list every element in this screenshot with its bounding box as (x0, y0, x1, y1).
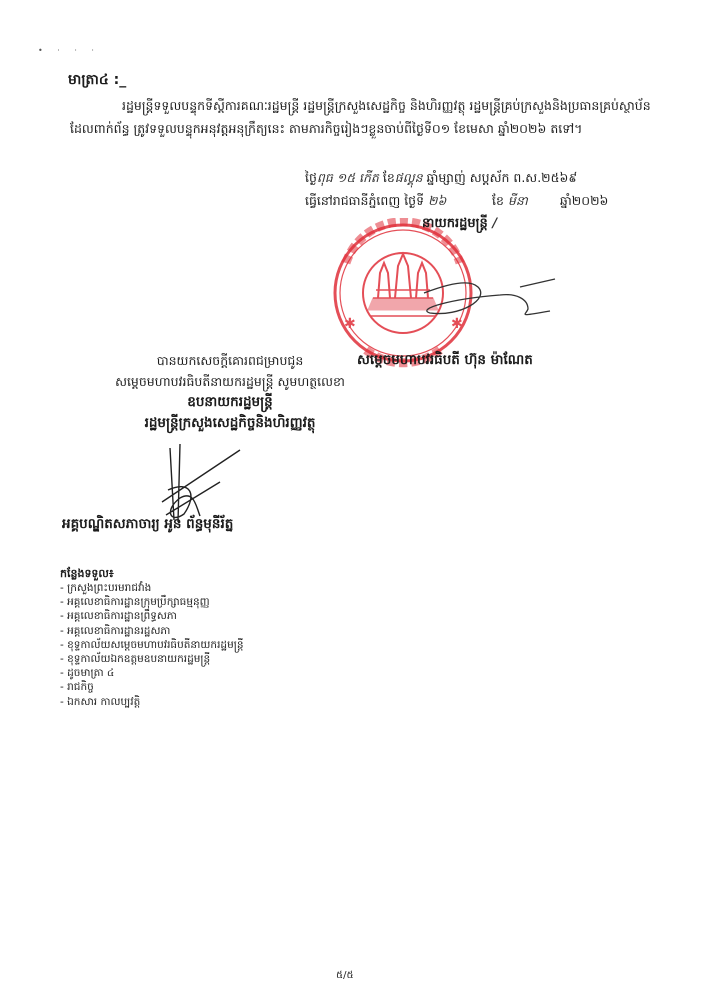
place-date: ធ្វើនៅរាជធានីភ្នំពេញ ថ្ងៃទី ២៦ ខែ មីនា ឆ… (305, 193, 608, 212)
list-item: - អគ្គលេខាធិការដ្ឋានរដ្ឋសភា (60, 624, 244, 638)
svg-text:✱: ✱ (344, 316, 356, 332)
handwritten-month: មីនា (508, 193, 556, 212)
list-item: - អគ្គលេខាធិការដ្ឋានក្រុមប្រឹក្សាធម្មនុញ… (60, 595, 244, 609)
dpm-name: អគ្គបណ្ឌិតសភាចារ្យ អូន ព័ន្ធមុនីរ័ត្ន (62, 515, 233, 535)
pm-signature (420, 265, 560, 325)
lunar-date-suffix: ឆ្នាំម្សាញ់ សប្តស័ក ព.ស.២៥៦៩ (427, 170, 578, 185)
handwritten-lunar-day: ពុធ ១៥ កើត (317, 170, 379, 185)
pm-title-text: នាយករដ្ឋមន្ត្រី (422, 216, 488, 231)
lunar-month-label: ខែ (383, 170, 395, 185)
article-text: រដ្ឋមន្ត្រីទទួលបន្ទុកទីស្តីការគណៈរដ្ឋមន្… (70, 98, 651, 136)
page-number: ៥/៥ (336, 968, 354, 983)
article-title: មាត្រា៤ :_ (68, 70, 126, 91)
month-label: ខែ (492, 193, 504, 208)
list-item: - ឯកសារ កាលប្បវត្តិ (60, 695, 244, 709)
submission-block: បានយកសេចក្តីគោរពជម្រាបជូន សម្តេចមហាបវរធិ… (70, 350, 390, 434)
submission-line-3: ឧបនាយករដ្ឋមន្ត្រី (70, 392, 390, 413)
list-item: - ខុទ្ទកាល័យសម្តេចមហាបវរធិបតីនាយករដ្ឋមន្… (60, 638, 244, 652)
corner-marks: • · · · (38, 46, 100, 55)
lunar-date: ថ្ងៃពុធ ១៥ កើត ខែផល្គុន ឆ្នាំម្សាញ់ សប្ត… (305, 170, 577, 189)
handwritten-day: ២៦ (428, 193, 488, 212)
place-date-prefix: ធ្វើនៅរាជធានីភ្នំពេញ ថ្ងៃទី (305, 193, 424, 208)
pm-title: នាយករដ្ឋមន្ត្រី / (422, 215, 497, 234)
handwritten-lunar-month: ផល្គុន (395, 170, 423, 185)
submission-line-2: សម្តេចមហាបវរធិបតីនាយករដ្ឋមន្ត្រី សូមហត្ថ… (70, 371, 390, 392)
article-paragraph: រដ្ឋមន្ត្រីទទួលបន្ទុកទីស្តីការគណៈរដ្ឋមន្… (70, 94, 670, 140)
submission-line-1: បានយកសេចក្តីគោរពជម្រាបជូន (70, 350, 390, 371)
list-item: - ខុទ្ទកាល័យឯកឧត្តមឧបនាយករដ្ឋមន្ត្រី (60, 652, 244, 666)
lunar-date-prefix: ថ្ងៃ (305, 170, 317, 185)
recipients-list: - ក្រសួងព្រះបរមរាជវាំង - អគ្គលេខាធិការដ្… (60, 581, 244, 709)
list-item: - ដូចមាត្រា ៤ (60, 666, 244, 680)
list-item: - រាជកិច្ច (60, 680, 244, 694)
list-item: - ក្រសួងព្រះបរមរាជវាំង (60, 581, 244, 595)
dpm-signature (160, 440, 250, 525)
submission-line-4: រដ្ឋមន្ត្រីក្រសួងសេដ្ឋកិច្ចនិងហិរញ្ញវត្ថ… (70, 413, 390, 434)
year: ឆ្នាំ២០២៦ (560, 193, 609, 208)
list-item: - អគ្គលេខាធិការដ្ឋានព្រឹទ្ធសភា (60, 609, 244, 623)
